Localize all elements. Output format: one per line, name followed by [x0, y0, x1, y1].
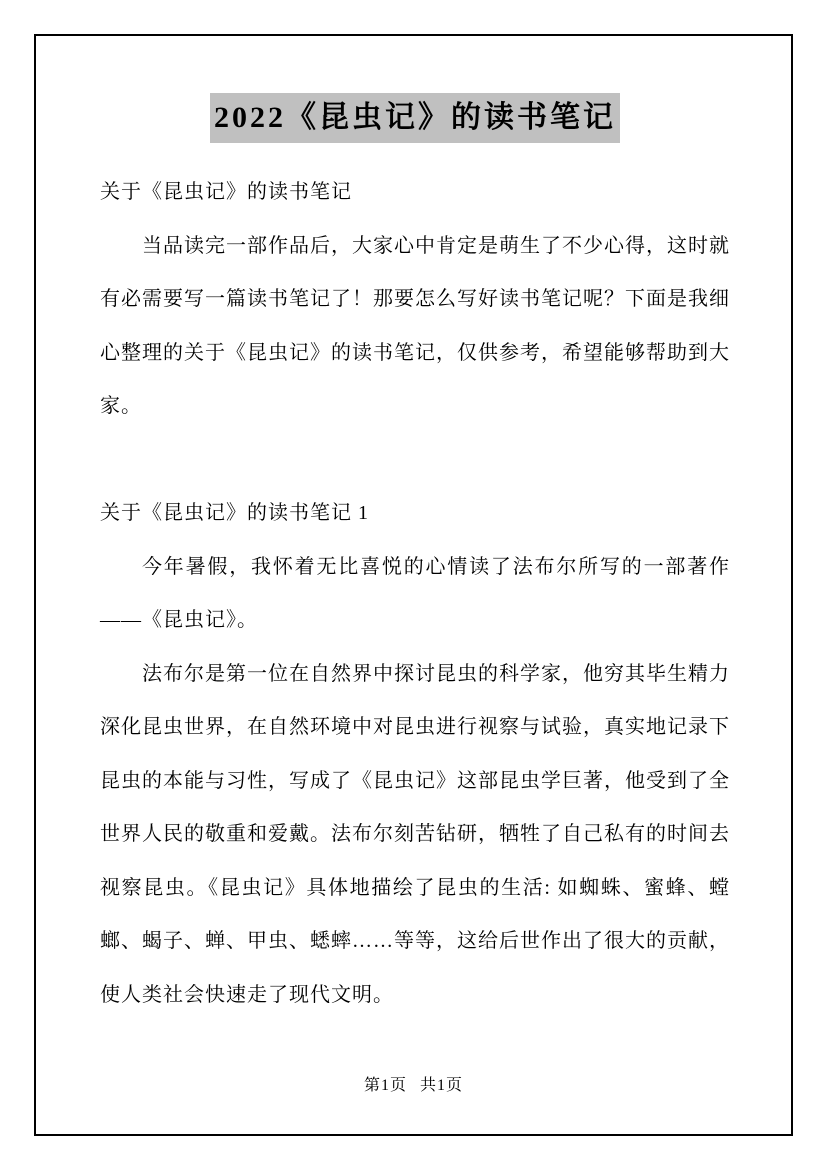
- paragraph: 关于《昆虫记》的读书笔记 1: [100, 487, 730, 541]
- document-page: 2022《昆虫记》的读书笔记 关于《昆虫记》的读书笔记当品读完一部作品后，大家心…: [0, 0, 827, 1170]
- title-row: 2022《昆虫记》的读书笔记: [100, 93, 730, 148]
- paragraph: 当品读完一部作品后，大家心中肯定是萌生了不少心得，这时就有必需要写一篇读书笔记了…: [100, 220, 730, 434]
- page-number-label: 第1页: [364, 1077, 407, 1094]
- blank-line: [100, 434, 730, 488]
- document-content: 2022《昆虫记》的读书笔记 关于《昆虫记》的读书笔记当品读完一部作品后，大家心…: [100, 93, 730, 1022]
- paragraph: 法布尔是第一位在自然界中探讨昆虫的科学家，他穷其毕生精力深化昆虫世界，在自然环境…: [100, 648, 730, 1023]
- body-paragraphs: 关于《昆虫记》的读书笔记当品读完一部作品后，大家心中肯定是萌生了不少心得，这时就…: [100, 166, 730, 1022]
- paragraph: 今年暑假，我怀着无比喜悦的心情读了法布尔所写的一部著作——《昆虫记》。: [100, 541, 730, 648]
- paragraph: 关于《昆虫记》的读书笔记: [100, 166, 730, 220]
- page-footer: 第1页共1页: [34, 1072, 793, 1095]
- document-title: 2022《昆虫记》的读书笔记: [210, 93, 620, 143]
- total-pages-label: 共1页: [420, 1077, 463, 1094]
